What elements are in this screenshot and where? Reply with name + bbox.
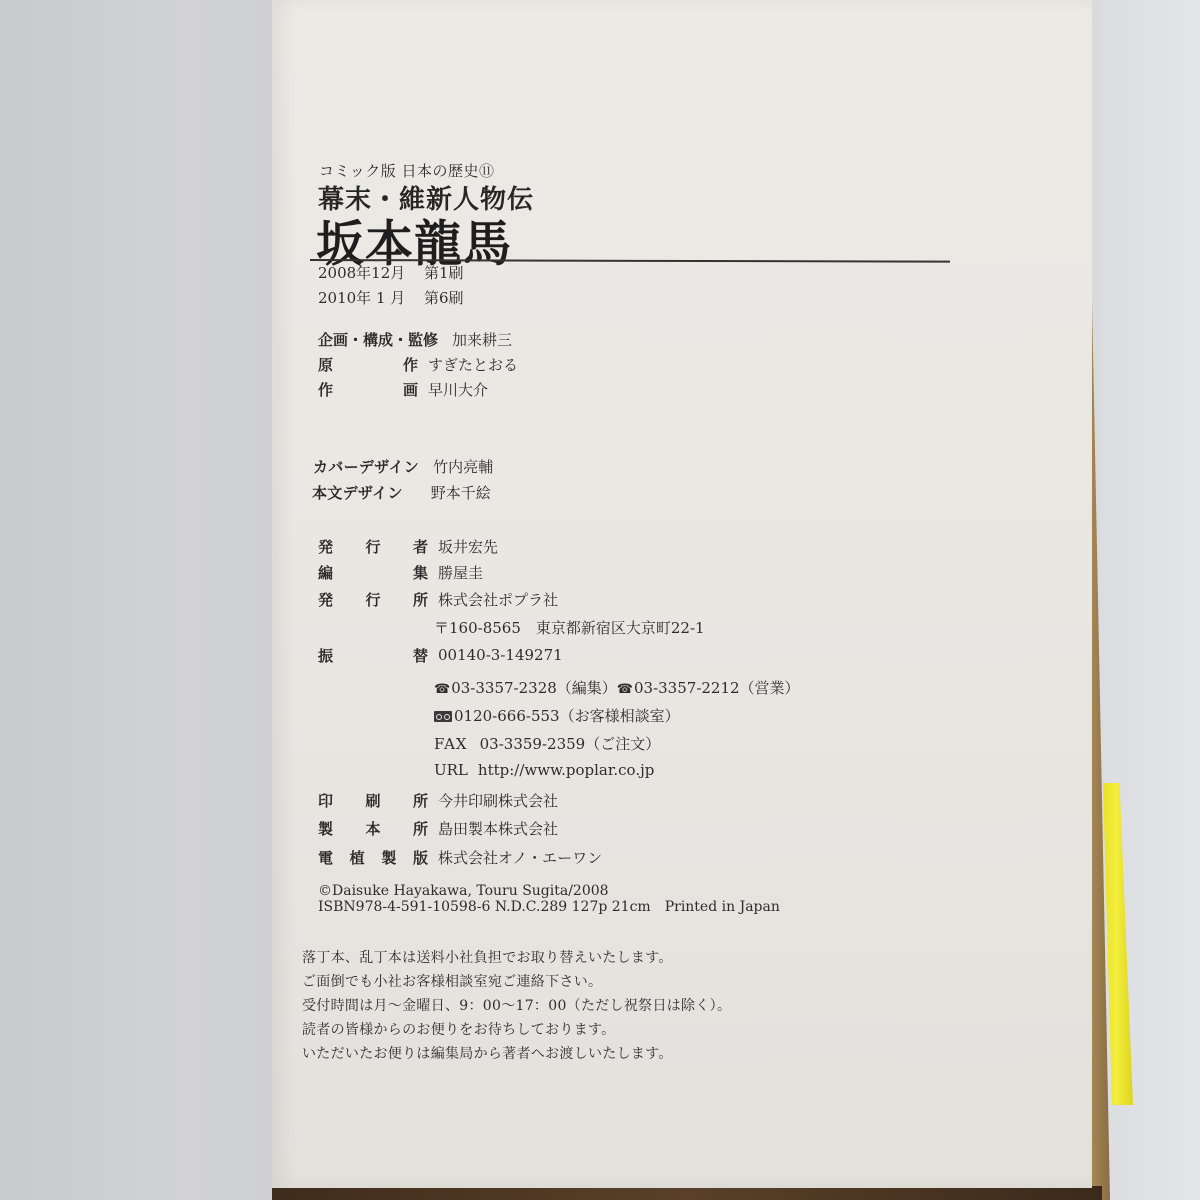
credit-row-art: 作画 早川大介 [318, 376, 488, 402]
printing-row-1: 2008年12月第1刷 [318, 262, 464, 283]
pub-label: 振替 [318, 645, 428, 666]
printing-date: 2008年12月 [318, 262, 424, 283]
credit-row-supervision: 企画・構成・監修 加来耕三 [318, 326, 512, 352]
pub-value: 勝屋圭 [438, 562, 483, 583]
design-row-cover: カバーデザイン 竹内亮輔 [318, 453, 493, 479]
notice-line: いただいたお便りは編集局から著者へお渡しいたします。 [302, 1043, 673, 1063]
pub-row-editor: 編集 勝屋圭 [318, 559, 483, 585]
printing-row-2: 2010年 1 月第6刷 [318, 287, 464, 308]
fax-label: FAX [434, 735, 468, 753]
pub-row-publisher-person: 発行者 坂井宏先 [318, 533, 498, 559]
pub-row-typesetter: 電植製版 株式会社オノ・エーワン [318, 844, 602, 870]
isbn-line: ISBN978-4-591-10598-6 N.D.C.289 127p 21c… [318, 899, 780, 915]
url-value: http://www.poplar.co.jp [478, 761, 654, 779]
pub-value: 00140-3-149271 [438, 646, 563, 664]
design-row-body: 本文デザイン 野本千絵 [318, 479, 491, 505]
credit-label: 企画・構成・監修 [318, 329, 438, 350]
notice-line: 読者の皆様からのお便りをお待ちしております。 [302, 1019, 615, 1039]
telephone-icon: ☎ [434, 682, 450, 697]
book-bottom-edge [272, 1186, 1102, 1200]
credit-value: 加来耕三 [452, 329, 512, 350]
pub-label: 編集 [318, 562, 428, 583]
design-value: 竹内亮輔 [433, 456, 493, 477]
pub-row-binder: 製本所 島田製本株式会社 [318, 815, 558, 841]
pub-value: 株式会社ポプラ社 [438, 589, 558, 610]
pub-row-printer: 印刷所 今井印刷株式会社 [318, 787, 558, 813]
series-title: コミック版 日本の歴史⑪ [319, 160, 494, 181]
pub-freedial: 0120-666-553（お客様相談室） [434, 705, 680, 726]
pub-tel-line: ☎03-3357-2328（編集）☎03-3357-2212（営業） [434, 677, 800, 698]
pub-label: 電植製版 [318, 847, 428, 868]
pub-label: 発行者 [318, 536, 428, 557]
colophon-page: コミック版 日本の歴史⑪ 幕末・維新人物伝 坂本龍馬 2008年12月第1刷 2… [272, 0, 1092, 1188]
telephone-icon: ☎ [617, 682, 633, 697]
pub-row-transfer: 振替 00140-3-149271 [318, 642, 563, 668]
pub-fax: FAX03-3359-2359（ご注文） [434, 733, 660, 754]
notice-line: 受付時間は月～金曜日、9：00～17：00（ただし祝祭日は除く）。 [302, 995, 731, 1015]
pub-address: 〒160-8565 東京都新宿区大京町22-1 [434, 617, 705, 638]
freedial-number: 0120-666-553（お客様相談室） [454, 707, 680, 725]
printing-date: 2010年 1 月 [318, 287, 424, 308]
design-label: カバーデザイン [313, 456, 419, 477]
design-value: 野本千絵 [431, 482, 491, 503]
tel-sales: 03-3357-2212（営業） [634, 679, 800, 697]
pub-label: 発行所 [318, 589, 428, 610]
credit-label: 作画 [318, 379, 418, 400]
pub-value: 株式会社オノ・エーワン [438, 847, 602, 868]
url-label: URL [434, 761, 468, 779]
tel-editorial: 03-3357-2328（編集） [451, 679, 617, 697]
left-facing-page [0, 0, 272, 1200]
notice-line: ご面倒でも小社お客様相談室宛ご連絡下さい。 [302, 971, 602, 991]
notice-line: 落丁本、乱丁本は送料小社負担でお取り替えいたします。 [302, 947, 673, 967]
pub-row-publisher: 発行所 株式会社ポプラ社 [318, 586, 558, 612]
credit-value: すぎたとおる [428, 354, 518, 375]
fax-number: 03-3359-2359（ご注文） [480, 735, 661, 753]
printing-impression: 第1刷 [424, 264, 464, 282]
freedial-icon [434, 711, 452, 722]
pub-value: 坂井宏先 [438, 536, 498, 557]
pub-label: 印刷所 [318, 790, 428, 811]
credit-label: 原作 [318, 354, 418, 375]
credit-row-story: 原作 すぎたとおる [318, 351, 518, 377]
pub-label: 製本所 [318, 818, 428, 839]
copyright-line: ©Daisuke Hayakawa, Touru Sugita/2008 [318, 883, 609, 899]
printing-impression: 第6刷 [424, 289, 464, 307]
design-label: 本文デザイン [312, 482, 403, 503]
credit-value: 早川大介 [428, 379, 488, 400]
pub-value: 今井印刷株式会社 [438, 790, 558, 811]
pub-url: URLhttp://www.poplar.co.jp [434, 761, 654, 779]
pub-value: 島田製本株式会社 [438, 818, 558, 839]
